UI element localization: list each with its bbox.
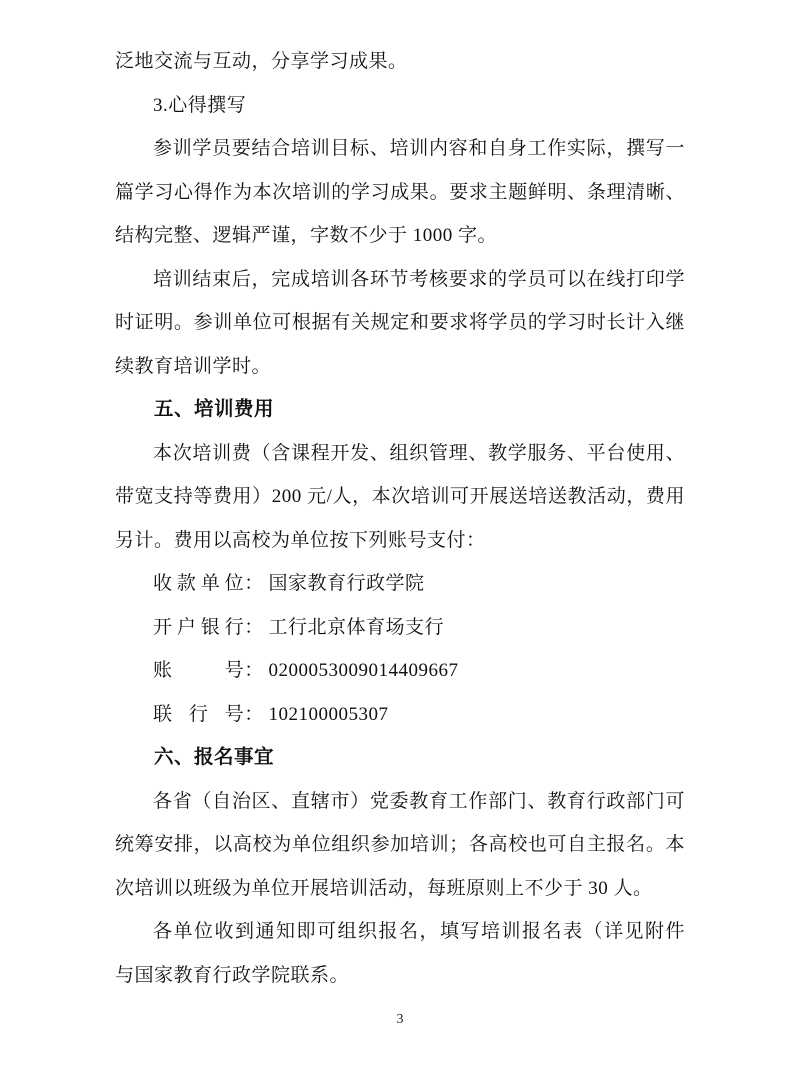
paragraph-line: 时证明。参训单位可根据有关规定和要求将学员的学习时长计入继: [115, 301, 685, 345]
subsection-heading-xinde: 3.心得撰写: [115, 84, 685, 128]
paragraph-line: 篇学习心得作为本次培训的学习成果。要求主题鲜明、条理清晰、: [115, 171, 685, 215]
bank-value: 国家教育行政学院: [264, 573, 425, 594]
bank-label: 联行号: [153, 693, 244, 737]
paragraph-line: 参训学员要结合培训目标、培训内容和自身工作实际，撰写一: [115, 127, 685, 171]
bank-row-clearing-number: 联行号：102100005307: [115, 693, 685, 737]
bank-value: 102100005307: [264, 704, 389, 725]
section-heading-registration: 六、报名事宜: [115, 736, 685, 780]
paragraph-line: 带宽支持等费用）200 元/人，本次培训可开展送培送教活动，费用: [115, 475, 685, 519]
paragraph-line: 各单位收到通知即可组织报名，填写培训报名表（详见附件 2），: [115, 910, 685, 954]
bank-separator: ：: [244, 617, 264, 638]
paragraph-line: 次培训以班级为单位开展培训活动，每班原则上不少于 30 人。: [115, 867, 685, 911]
page-number: 3: [0, 1013, 800, 1027]
paragraph-line: 本次培训费（含课程开发、组织管理、教学服务、平台使用、: [115, 432, 685, 476]
bank-value: 0200053009014409667: [264, 660, 459, 681]
paragraph-line: 培训结束后，完成培训各环节考核要求的学员可以在线打印学: [115, 258, 685, 302]
bank-separator: ：: [244, 573, 264, 594]
paragraph-line: 与国家教育行政学院联系。: [115, 954, 685, 998]
paragraph-line: 另计。费用以高校为单位按下列账号支付：: [115, 519, 685, 563]
paragraph-line: 续教育培训学时。: [115, 345, 685, 389]
bank-separator: ：: [244, 704, 264, 725]
bank-row-bank-name: 开户银行：工行北京体育场支行: [115, 606, 685, 650]
paragraph-line: 统筹安排，以高校为单位组织参加培训；各高校也可自主报名。本: [115, 823, 685, 867]
bank-row-payee: 收款单位：国家教育行政学院: [115, 562, 685, 606]
bank-label: 开户银行: [153, 606, 244, 650]
bank-value: 工行北京体育场支行: [264, 617, 444, 638]
document-page: 泛地交流与互动，分享学习成果。 3.心得撰写 参训学员要结合培训目标、培训内容和…: [0, 0, 800, 1079]
bank-row-account-number: 账号：0200053009014409667: [115, 649, 685, 693]
paragraph-line: 泛地交流与互动，分享学习成果。: [115, 40, 685, 84]
bank-label: 账号: [153, 649, 244, 693]
paragraph-line: 结构完整、逻辑严谨，字数不少于 1000 字。: [115, 214, 685, 258]
bank-separator: ：: [244, 660, 264, 681]
bank-label: 收款单位: [153, 562, 244, 606]
paragraph-line: 各省（自治区、直辖市）党委教育工作部门、教育行政部门可: [115, 780, 685, 824]
section-heading-training-fees: 五、培训费用: [115, 388, 685, 432]
